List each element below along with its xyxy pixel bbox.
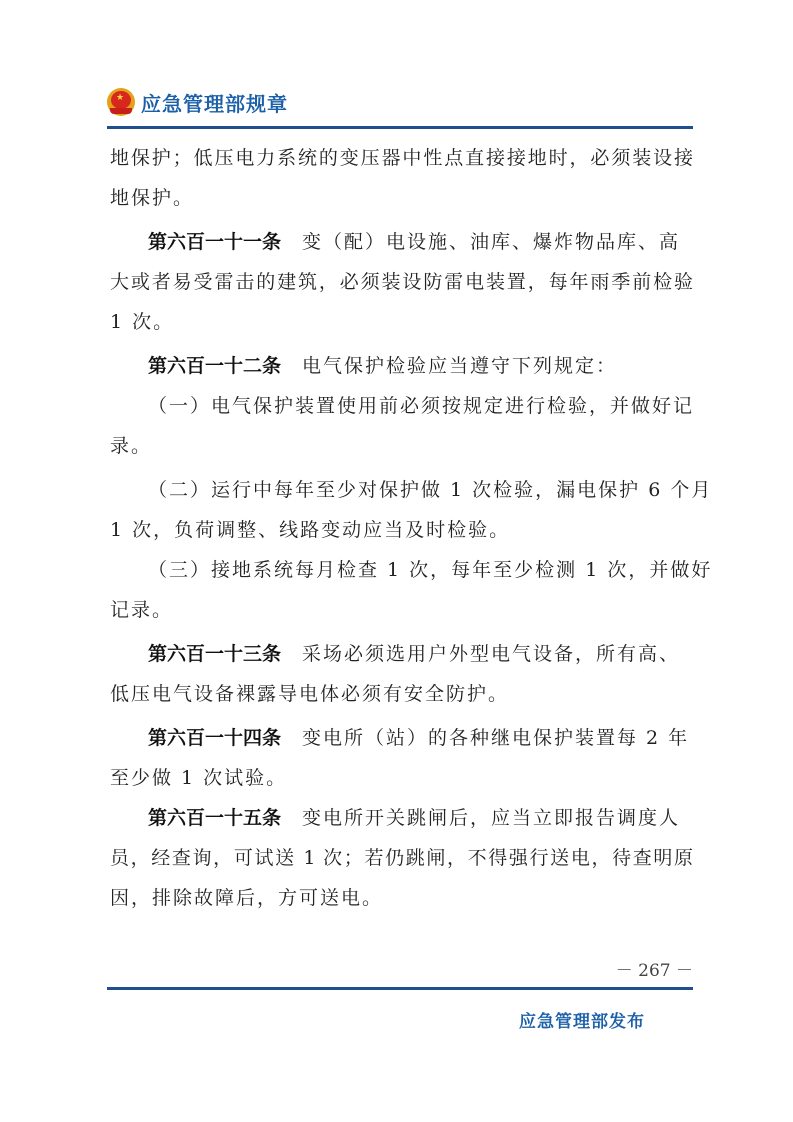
footer-divider bbox=[107, 987, 693, 990]
text-line: 因，排除故障后，方可送电。 bbox=[110, 878, 693, 918]
text-line: 低压电气设备裸露导电体必须有安全防护。 bbox=[110, 674, 693, 714]
article-heading: 第六百一十五条 bbox=[148, 807, 281, 829]
article-heading: 第六百一十一条 bbox=[148, 231, 281, 253]
clause-2: （二）运行中每年至少对保护做 1 次检验，漏电保护 6 个月 bbox=[110, 470, 693, 510]
article-615: 第六百一十五条 变电所开关跳闸后，应当立即报告调度人 bbox=[110, 798, 693, 838]
text-line: 大或者易受雷击的建筑，必须装设防雷电装置，每年雨季前检验 bbox=[110, 262, 693, 302]
header-divider bbox=[107, 126, 693, 129]
page-header: ★ 应急管理部规章 bbox=[107, 84, 288, 120]
text-line: 1 次，负荷调整、线路变动应当及时检验。 bbox=[110, 510, 693, 550]
article-614: 第六百一十四条 变电所（站）的各种继电保护装置每 2 年 bbox=[110, 718, 693, 758]
page-number: － 267 － bbox=[600, 956, 693, 981]
clause-3: （三）接地系统每月检查 1 次，每年至少检测 1 次，并做好 bbox=[110, 550, 693, 590]
document-body: 地保护；低压电力系统的变压器中性点直接接地时，必须装设接 地保护。 第六百一十一… bbox=[110, 138, 693, 918]
clause-1: （一）电气保护装置使用前必须按规定进行检验，并做好记 bbox=[110, 386, 693, 426]
text-line: 地保护。 bbox=[110, 178, 693, 218]
footer-publisher: 应急管理部发布 bbox=[519, 1007, 645, 1032]
article-heading: 第六百一十三条 bbox=[148, 643, 281, 665]
header-title: 应急管理部规章 bbox=[141, 88, 288, 117]
article-heading: 第六百一十二条 bbox=[148, 355, 281, 377]
national-emblem-icon: ★ bbox=[107, 88, 135, 116]
text-line: 至少做 1 次试验。 bbox=[110, 758, 693, 798]
article-611: 第六百一十一条 变（配）电设施、油库、爆炸物品库、高 bbox=[110, 222, 693, 262]
text-line: 地保护；低压电力系统的变压器中性点直接接地时，必须装设接 bbox=[110, 138, 693, 178]
text-line: 记录。 bbox=[110, 590, 693, 630]
text-line: 录。 bbox=[110, 426, 693, 466]
article-heading: 第六百一十四条 bbox=[148, 727, 281, 749]
article-613: 第六百一十三条 采场必须选用户外型电气设备，所有高、 bbox=[110, 634, 693, 674]
text-line: 1 次。 bbox=[110, 302, 693, 342]
article-612: 第六百一十二条 电气保护检验应当遵守下列规定： bbox=[110, 346, 693, 386]
text-line: 员，经查询，可试送 1 次；若仍跳闸，不得强行送电，待查明原 bbox=[110, 838, 693, 878]
